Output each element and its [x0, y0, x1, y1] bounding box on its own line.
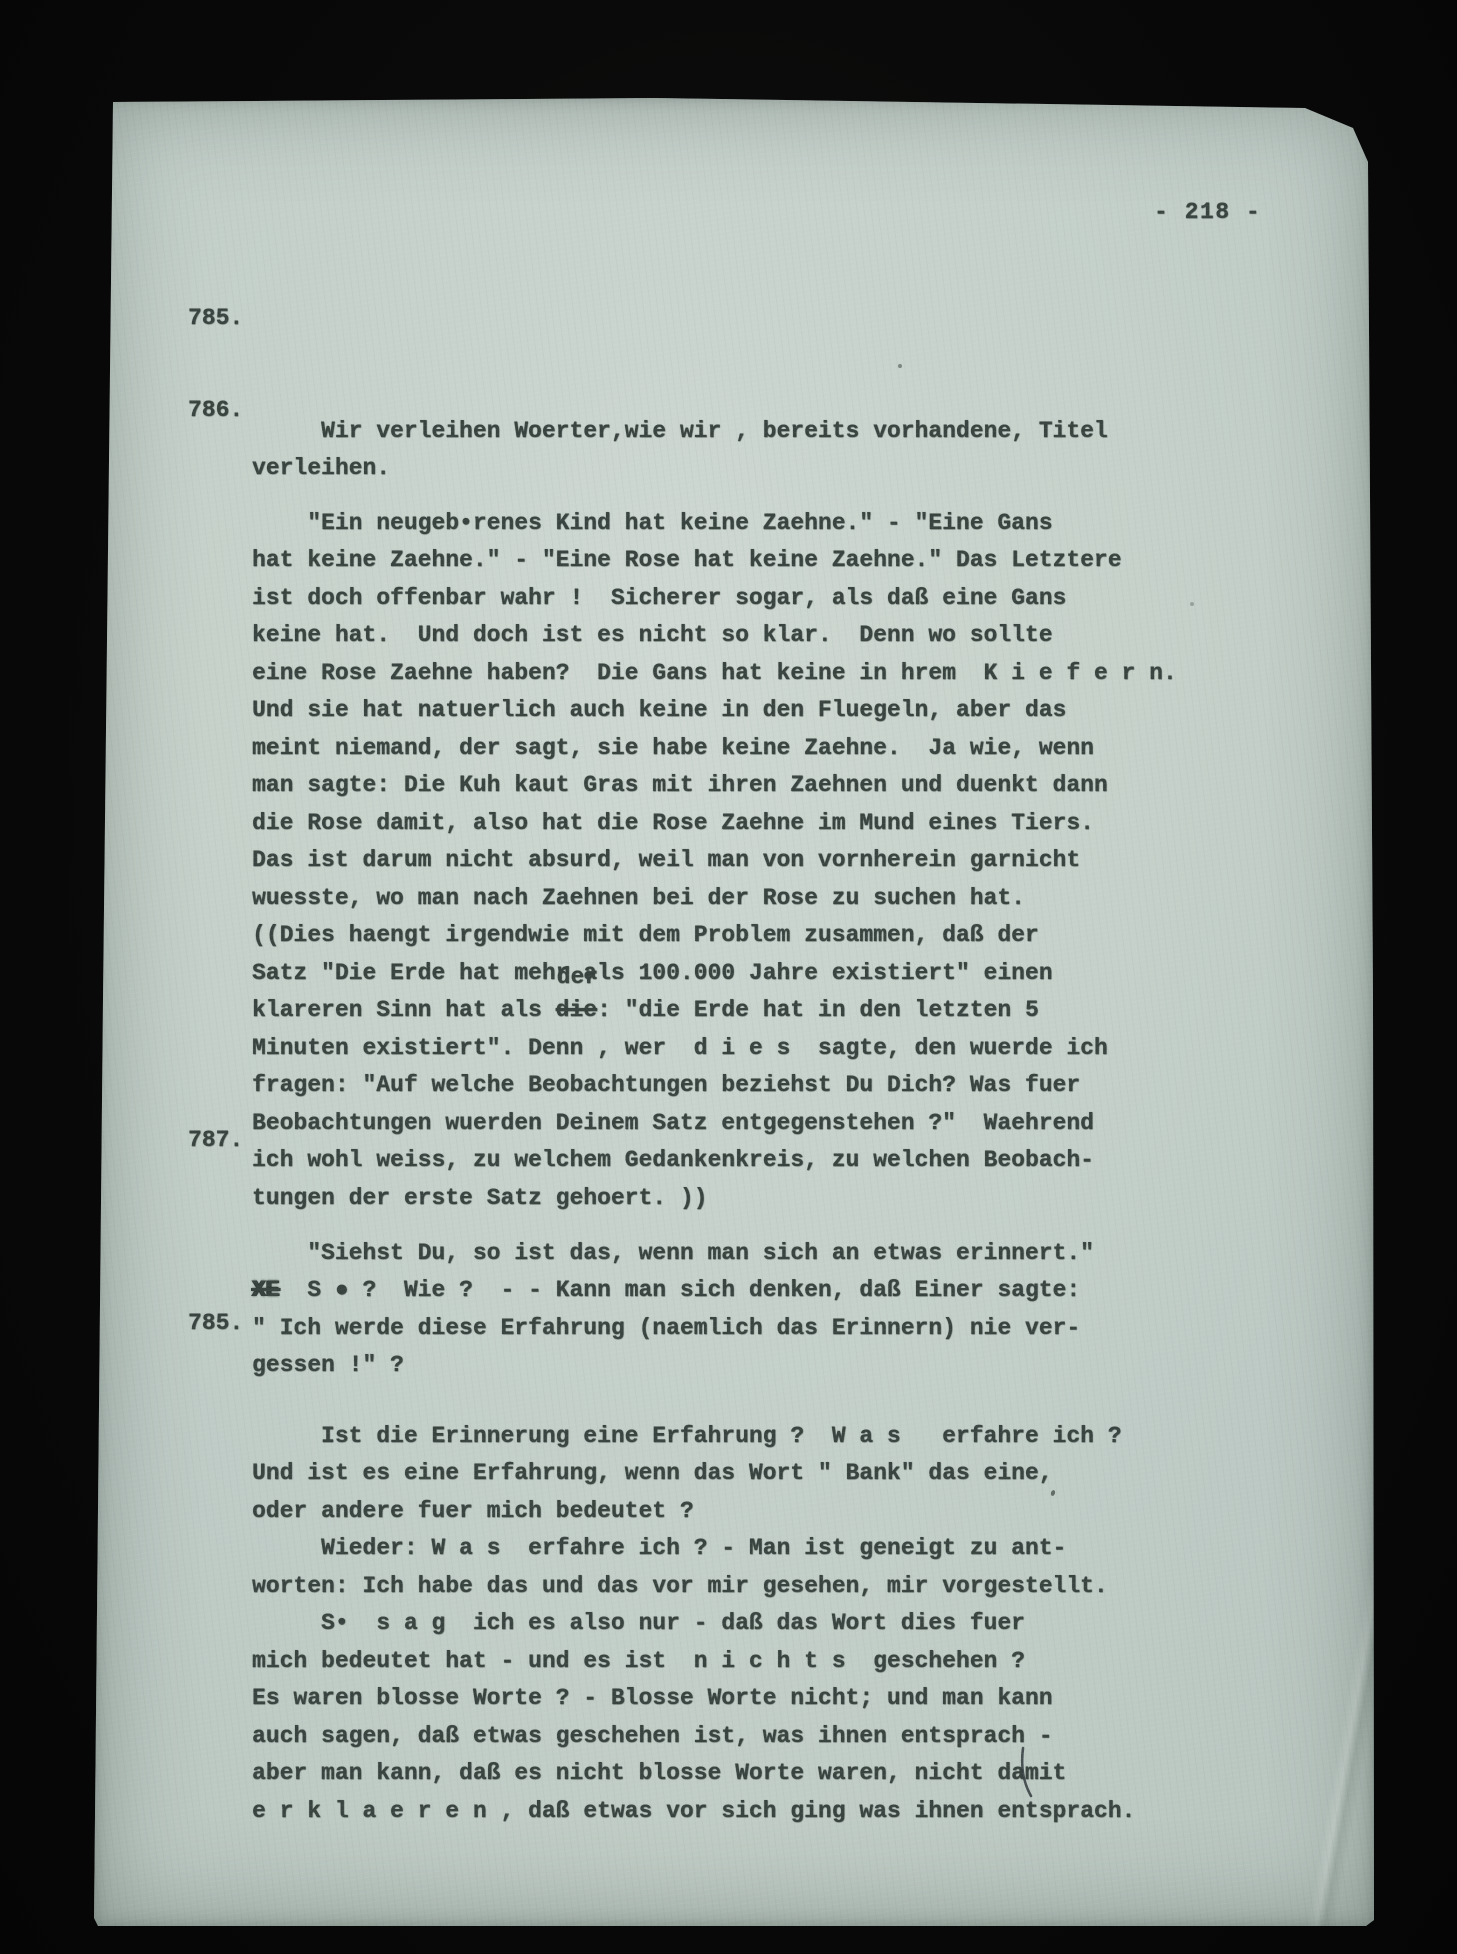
typed-line: mich bedeutet hat - und es ist n i c h t… — [252, 1643, 1135, 1681]
typed-line: aber man kann, daß es nicht blosse Worte… — [252, 1755, 1135, 1793]
typed-line: Es waren blosse Worte ? - Blosse Worte n… — [252, 1680, 1135, 1718]
typed-line: Und sie hat natuerlich auch keine in den… — [252, 692, 1177, 730]
typed-line: e r k l a e r e n , daß etwas vor sich g… — [252, 1793, 1135, 1831]
photo-background: { "colors":{ "background":"#090909", "pa… — [0, 0, 1457, 1954]
paper-sheet: - 218 - 785. Wir verleihen Woerter,wie w… — [94, 96, 1374, 1926]
typed-line: Das ist darum nicht absurd, weil man von… — [252, 842, 1177, 880]
typed-line: die Rose damit, also hat die Rose Zaehne… — [252, 805, 1177, 843]
typed-line: "Siehst Du, so ist das, wenn man sich an… — [252, 1235, 1094, 1273]
typed-line: fragen: "Auf welche Beobachtungen bezieh… — [252, 1067, 1177, 1105]
typed-line: eine Rose Zaehne haben? Die Gans hat kei… — [252, 655, 1177, 693]
typed-line: oder andere fuer mich bedeutet ? — [252, 1493, 1135, 1531]
typed-line: worten: Ich habe das und das vor mir ges… — [252, 1568, 1135, 1606]
typed-line: S• s a g ich es also nur - daß das Wort … — [252, 1605, 1135, 1643]
paragraph-number: 787. — [188, 1122, 243, 1160]
typed-line: Wieder: W a s erfahre ich ? - Man ist ge… — [252, 1530, 1135, 1568]
typed-line: klareren Sinn hat als derdie: "die Erde … — [252, 992, 1177, 1030]
typed-line: meint niemand, der sagt, sie habe keine … — [252, 730, 1177, 768]
pen-stroke-mark — [1019, 1746, 1041, 1800]
typed-line: hat keine Zaehne." - "Eine Rose hat kein… — [252, 542, 1177, 580]
ink-speck — [1190, 602, 1194, 606]
paragraph-785-second: 785. Ist die Erinnerung eine Erfahrung ?… — [252, 1305, 1135, 1830]
typed-line: "Ein neugeb•renes Kind hat keine Zaehne.… — [252, 505, 1177, 543]
ink-speck — [898, 364, 902, 368]
paragraph-number: 785. — [188, 1305, 243, 1343]
paragraph-786: 786. "Ein neugeb•renes Kind hat keine Za… — [252, 392, 1177, 1217]
typed-line: Satz "Die Erde hat mehr als 100.000 Jahr… — [252, 955, 1177, 993]
typed-line: ist doch offenbar wahr ! Sicherer sogar,… — [252, 580, 1177, 618]
typed-line: man sagte: Die Kuh kaut Gras mit ihren Z… — [252, 767, 1177, 805]
page-number: - 218 - — [1154, 194, 1261, 232]
typed-line: ((Dies haengt irgendwie mit dem Problem … — [252, 917, 1177, 955]
typescript-text: - 218 - 785. Wir verleihen Woerter,wie w… — [94, 96, 1374, 1926]
paragraph-number: 786. — [188, 392, 243, 430]
typed-line: Minuten existiert". Denn , wer d i e s s… — [252, 1030, 1177, 1068]
typed-line: wuesste, wo man nach Zaehnen bei der Ros… — [252, 880, 1177, 918]
typed-line: auch sagen, daß etwas geschehen ist, was… — [252, 1718, 1135, 1756]
typed-line: keine hat. Und doch ist es nicht so klar… — [252, 617, 1177, 655]
typed-line: Ist die Erinnerung eine Erfahrung ? W a … — [252, 1418, 1135, 1456]
typed-line: XE S ● ? Wie ? - - Kann man sich denken,… — [252, 1272, 1094, 1310]
paragraph-number: 785. — [188, 300, 243, 338]
handwritten-pen-stroke — [1019, 1746, 1041, 1800]
typed-line: Und ist es eine Erfahrung, wenn das Wort… — [252, 1455, 1135, 1493]
